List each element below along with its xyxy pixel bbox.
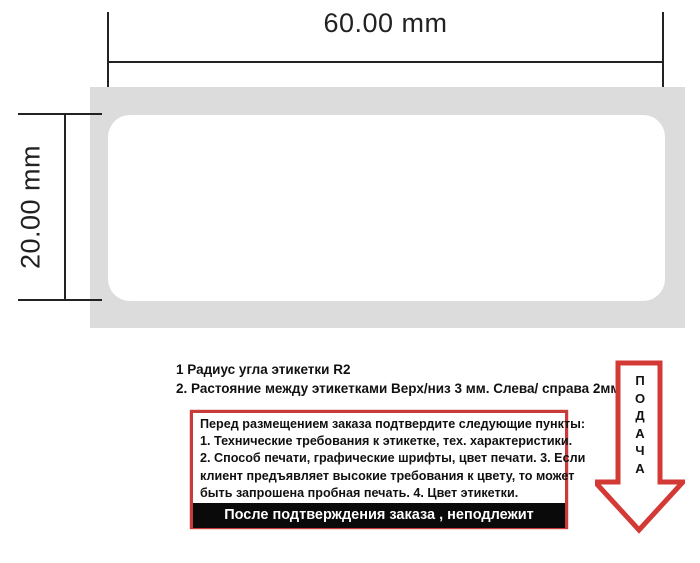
notice-line: 1. Технические требования к этикетке, те… [200, 433, 559, 450]
height-dimension-bottom-extension [18, 299, 102, 301]
feed-letter: А [630, 460, 650, 478]
height-dimension-line [64, 113, 66, 301]
note-corner-radius: 1 Радиус угла этикетки R2 [176, 360, 624, 379]
feed-letter: О [630, 390, 650, 408]
notice-line: быть запрошена пробная печать. 4. Цвет э… [200, 485, 559, 502]
notice-body: Перед размещением заказа подтвердите сле… [193, 413, 565, 501]
feed-letter: Д [630, 407, 650, 425]
width-dimension-line [107, 61, 664, 63]
width-dimension-label: 60.00 mm [108, 8, 663, 39]
spec-notes: 1 Радиус угла этикетки R2 2. Растояние м… [176, 360, 624, 398]
height-dimension-top-extension [18, 113, 102, 115]
notice-line: клиент предъявляет высокие требования к … [200, 468, 559, 485]
feed-letter: А [630, 425, 650, 443]
feed-letter: П [630, 372, 650, 390]
feed-direction-label: П О Д А Ч А [630, 372, 650, 477]
note-label-spacing: 2. Растояние между этикетками Верх/низ 3… [176, 379, 624, 398]
notice-line: Перед размещением заказа подтвердите сле… [200, 416, 559, 433]
label-shape [108, 115, 665, 301]
notice-line: 2. Способ печати, графические шрифты, цв… [200, 450, 559, 467]
order-notice-box: Перед размещением заказа подтвердите сле… [190, 410, 568, 529]
feed-letter: Ч [630, 442, 650, 460]
no-return-banner: После подтверждения заказа , неподлежит … [193, 503, 565, 528]
height-dimension-label: 20.00 mm [16, 145, 47, 269]
